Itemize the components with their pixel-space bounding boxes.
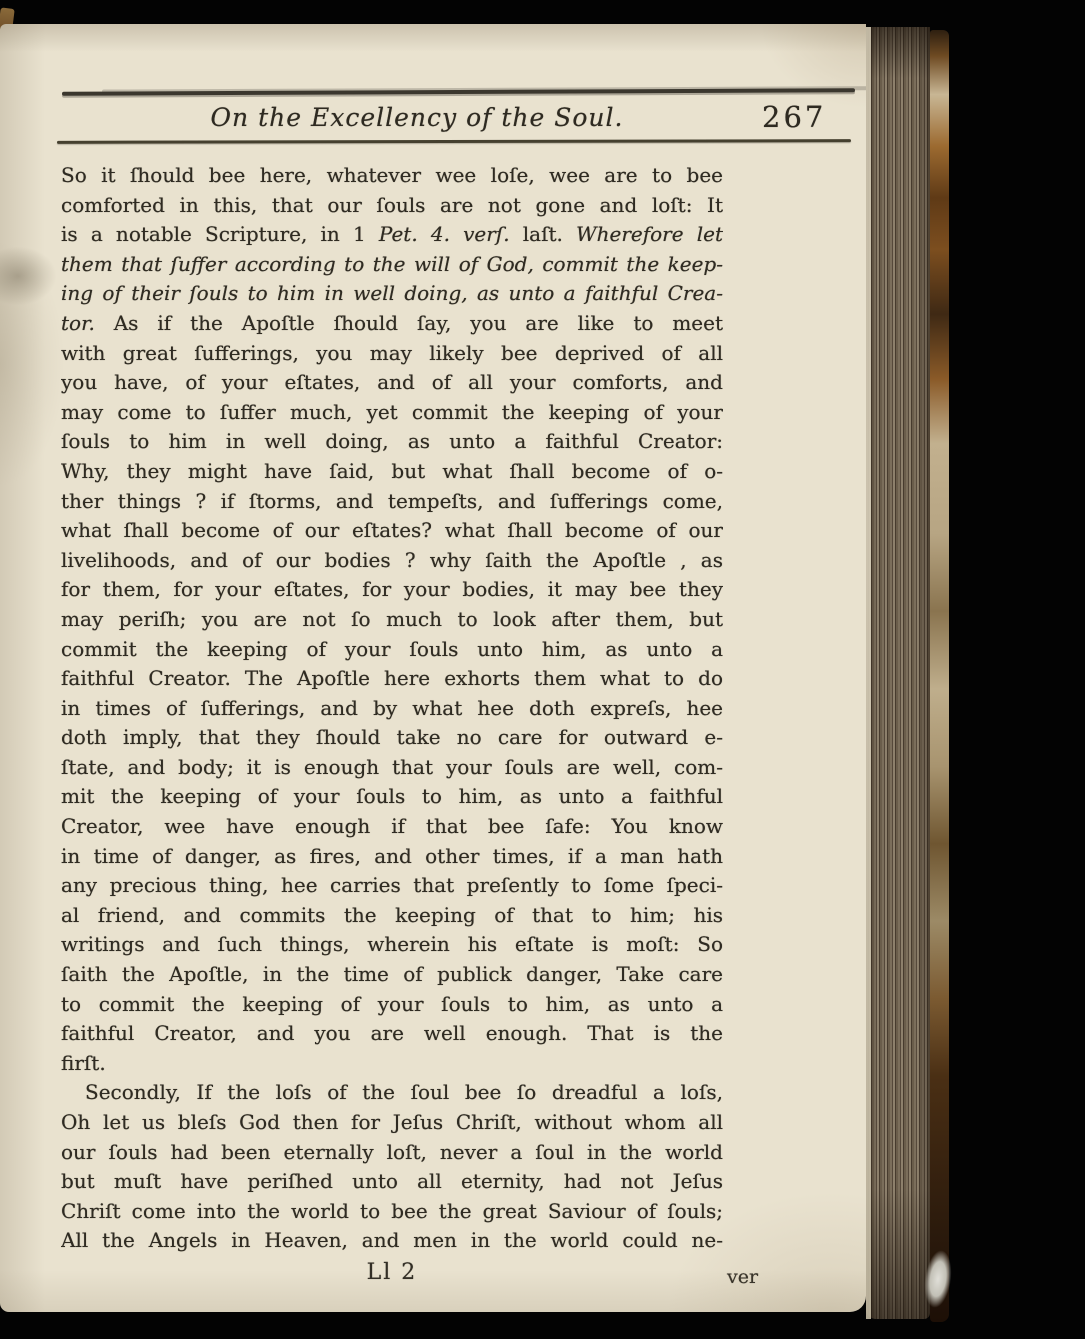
- catchword: ver: [727, 1266, 758, 1288]
- text-line: doth imply, that they ſhould take no car…: [61, 723, 723, 753]
- page-edges-fore-edge: [866, 27, 930, 1319]
- text-line: ing of their ſouls to him in well doing,…: [61, 279, 723, 309]
- text-line: our ſouls had been eternally loſt, never…: [61, 1138, 723, 1168]
- text-line: any precious thing, hee carries that pre…: [61, 871, 723, 901]
- book-page: On the Excellency of the Soul. 267 So it…: [0, 24, 866, 1312]
- text-line: writings and ſuch things, wherein his eſ…: [61, 930, 723, 960]
- text-line: Oh let us bleſs God then for Jeſus Chriſ…: [61, 1108, 723, 1138]
- scanned-book-page-photo: On the Excellency of the Soul. 267 So it…: [0, 0, 1085, 1339]
- text-line: All the Angels in Heaven, and men in the…: [61, 1226, 723, 1256]
- text-line: ſouls to him in well doing, as unto a fa…: [61, 427, 723, 457]
- text-line: may come to ſuffer much, yet commit the …: [61, 398, 723, 428]
- text-line: al friend, and commits the keeping of th…: [61, 901, 723, 931]
- text-line: firſt.: [61, 1049, 723, 1079]
- text-line: So it ſhould bee here, whatever wee loſe…: [61, 161, 723, 191]
- text-line: you have, of your eſtates, and of all yo…: [61, 368, 723, 398]
- text-line: for them, for your eſtates, for your bod…: [61, 575, 723, 605]
- header-rule-bottom: [57, 139, 851, 143]
- binding-edge: [930, 30, 949, 1322]
- text-line: Secondly, If the loſs of the ſoul bee ſo…: [61, 1078, 723, 1108]
- text-line: ſtate, and body; it is enough that your …: [61, 753, 723, 783]
- text-line: faithful Creator. The Apoſtle here exhor…: [61, 664, 723, 694]
- text-line: Chriſt come into the world to bee the gr…: [61, 1197, 723, 1227]
- signature-mark: Ll 2: [60, 1260, 724, 1285]
- text-line: commit the keeping of your ſouls unto hi…: [61, 635, 723, 665]
- text-line: tor. As if the Apoſtle ſhould ſay, you a…: [61, 309, 723, 339]
- text-line: ther things ? if ſtorms, and tempeſts, a…: [61, 487, 723, 517]
- running-title: On the Excellency of the Soul.: [60, 103, 724, 132]
- text-line: in times of ſufferings, and by what hee …: [61, 694, 723, 724]
- text-line: mit the keeping of your ſouls to him, as…: [61, 782, 723, 812]
- header-rule-top: [62, 88, 855, 95]
- text-line: faithful Creator, and you are well enoug…: [61, 1019, 723, 1049]
- text-line: may periſh; you are not ſo much to look …: [61, 605, 723, 635]
- page-number: 267: [762, 100, 826, 134]
- page-text: So it ſhould bee here, whatever wee loſe…: [61, 161, 723, 1256]
- text-line: but muſt have periſhed unto all eternity…: [61, 1167, 723, 1197]
- text-line: Creator, wee have enough if that bee ſaf…: [61, 812, 723, 842]
- text-line: with great ſufferings, you may likely be…: [61, 339, 723, 369]
- text-line: what ſhall become of our eſtates? what ſ…: [61, 516, 723, 546]
- text-line: Why, they might have ſaid, but what ſhal…: [61, 457, 723, 487]
- text-line: to commit the keeping of your ſouls to h…: [61, 990, 723, 1020]
- text-line: livelihoods, and of our bodies ? why ſai…: [61, 546, 723, 576]
- text-line: is a notable Scripture, in 1 Pet. 4. ver…: [61, 220, 723, 250]
- text-line: comforted in this, that our ſouls are no…: [61, 191, 723, 221]
- text-line: in time of danger, as fires, and other t…: [61, 842, 723, 872]
- text-line: them that ſuffer according to the will o…: [61, 250, 723, 280]
- text-line: ſaith the Apoſtle, in the time of public…: [61, 960, 723, 990]
